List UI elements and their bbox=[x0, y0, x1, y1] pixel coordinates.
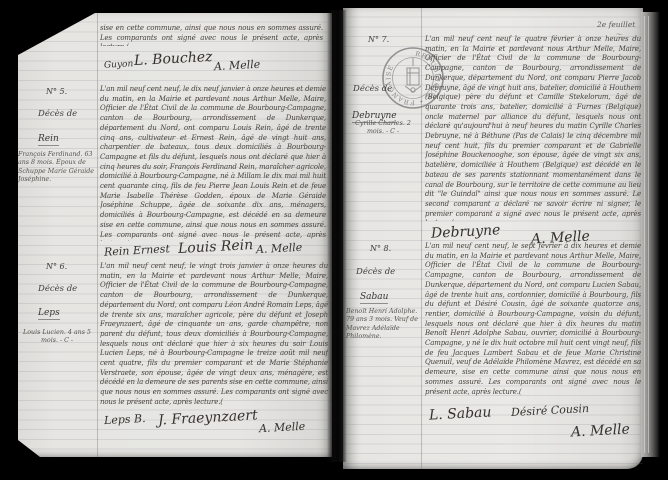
margin-note: François Ferdinand. 63 ans 8 mois. Époux… bbox=[18, 151, 97, 185]
margin-rule-left bbox=[97, 13, 98, 457]
entry-number: N° 5. bbox=[46, 87, 67, 96]
signature: Leps B. bbox=[104, 412, 146, 427]
margin-heading: Décès de bbox=[38, 109, 96, 120]
margin-note: Louis Lucien. 4 ans 5 mois. - C - bbox=[16, 329, 98, 347]
act-body: L'an mil neuf cent neuf, le sept février… bbox=[425, 242, 641, 400]
act-body: L'an mil neuf cent neuf le quatre févrie… bbox=[425, 35, 641, 221]
act-body: L'an mil neuf cent neuf, le vingt trois … bbox=[100, 262, 328, 405]
signature: A. Melle bbox=[259, 420, 306, 435]
deceased-name: Rein bbox=[38, 134, 59, 146]
signature: L. Sabau bbox=[429, 404, 492, 423]
register-scan: sise en cette commune, ainsi que nous no… bbox=[0, 0, 668, 480]
deceased-name: Sabau bbox=[360, 292, 388, 304]
signature: J. Fraeynzaert bbox=[158, 407, 258, 428]
binding-gutter bbox=[327, 10, 347, 462]
signature: Désiré Cousin bbox=[511, 402, 590, 419]
signature: Guyon bbox=[104, 59, 134, 71]
right-page: 2e feuillet 〜 N° 7. RÉPUBLIQUE • FRANÇAI… bbox=[343, 8, 643, 469]
page-stack-edge bbox=[641, 12, 660, 457]
margin-heading: Décès de bbox=[356, 267, 416, 278]
margin-heading: Décès de bbox=[38, 284, 96, 295]
stamp-emblem bbox=[405, 58, 421, 92]
signature: Rein Ernest bbox=[104, 242, 170, 258]
margin-note: Benoît Henri Adolphe. 79 ans 3 mois. Veu… bbox=[346, 308, 422, 342]
entry-number: N° 7. bbox=[368, 35, 389, 44]
entry-number: N° 6. bbox=[46, 262, 67, 271]
signature: A. Melle bbox=[256, 241, 303, 256]
act-continuation-body: sise en cette commune, ainsi que nous no… bbox=[100, 24, 323, 46]
margin-note: Cyrille Charles. 2 mois. - C - bbox=[346, 120, 420, 138]
margin-heading: Décès de bbox=[353, 84, 393, 95]
entry-number: N° 8. bbox=[370, 244, 391, 253]
signature: Louis Rein bbox=[178, 237, 254, 257]
deceased-name: Leps bbox=[38, 308, 60, 320]
folio-annotation: 2e feuillet bbox=[597, 20, 635, 29]
signature: L. Bouchez bbox=[134, 49, 213, 69]
signature: A. Melle bbox=[214, 58, 261, 73]
act-body: L'an mil neuf cent neuf, le dix neuf jan… bbox=[100, 85, 326, 241]
signature: A. Melle bbox=[571, 421, 631, 440]
left-page: sise en cette commune, ainsi que nous no… bbox=[16, 13, 332, 457]
signature: Debruyne bbox=[431, 222, 501, 242]
